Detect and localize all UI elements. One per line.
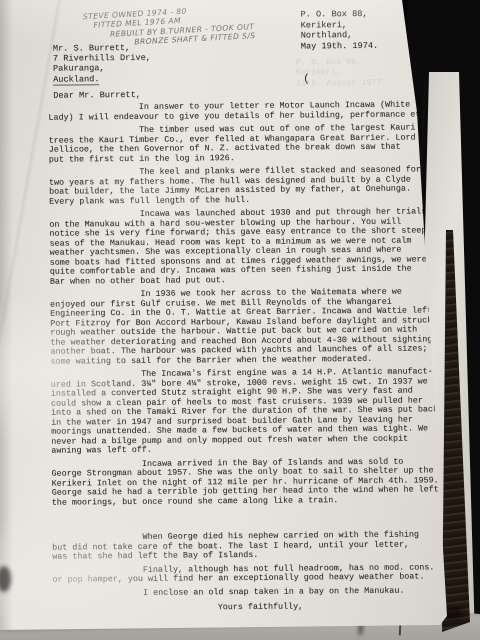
stray-parenthesis-mark: ( [303, 73, 310, 85]
recipient-address: Mr. S. Burrett, 7 Riverhills Drive, Paku… [53, 43, 151, 86]
letter-paragraph: Finally, although has not full headroom,… [52, 563, 452, 585]
closing-valediction: Yours faithfully, [218, 601, 453, 613]
letter-paragraph: In 1936 we took her across to the Waitem… [50, 287, 451, 366]
recipient-city-underlined: Auckland. [53, 74, 100, 86]
letter-paragraph: Incawa arrived in the Bay of Islands and… [51, 457, 451, 508]
letter-paragraph: When George died his nephew carried on w… [52, 530, 452, 562]
letter-paragraph: The keel and planks were fillet stacked … [49, 165, 449, 206]
letter-photograph: STEVE OWNED 1974 - 80 FITTED MEL 1976 AM… [0, 0, 480, 640]
letter-paragraph: The timber used was cut out of one of th… [48, 123, 448, 164]
letter-paragraph: In answer to your letter re Motor Launch… [48, 100, 448, 122]
letter-paragraph: I enclose an old snap taken in a bay on … [53, 586, 453, 599]
letter-sheet: STEVE OWNED 1974 - 80 FITTED MEL 1976 AM… [0, 0, 480, 640]
letter-paragraph: Incawa was launched about 1930 and put t… [49, 207, 450, 286]
letter-paragraph: The Incawa's first engine was a 14 H.P. … [51, 367, 452, 456]
salutation: Dear Mr. Burrett, [53, 90, 141, 101]
letter-body: In answer to your letter re Motor Launch… [48, 100, 452, 614]
recipient-address-lines: Mr. S. Burrett, 7 Riverhills Drive, Paku… [53, 43, 151, 74]
letter-content: STEVE OWNED 1974 - 80 FITTED MEL 1976 AM… [0, 0, 480, 640]
sender-address: P. O. Box 88, Kerikeri, Northland, May 1… [300, 9, 378, 52]
